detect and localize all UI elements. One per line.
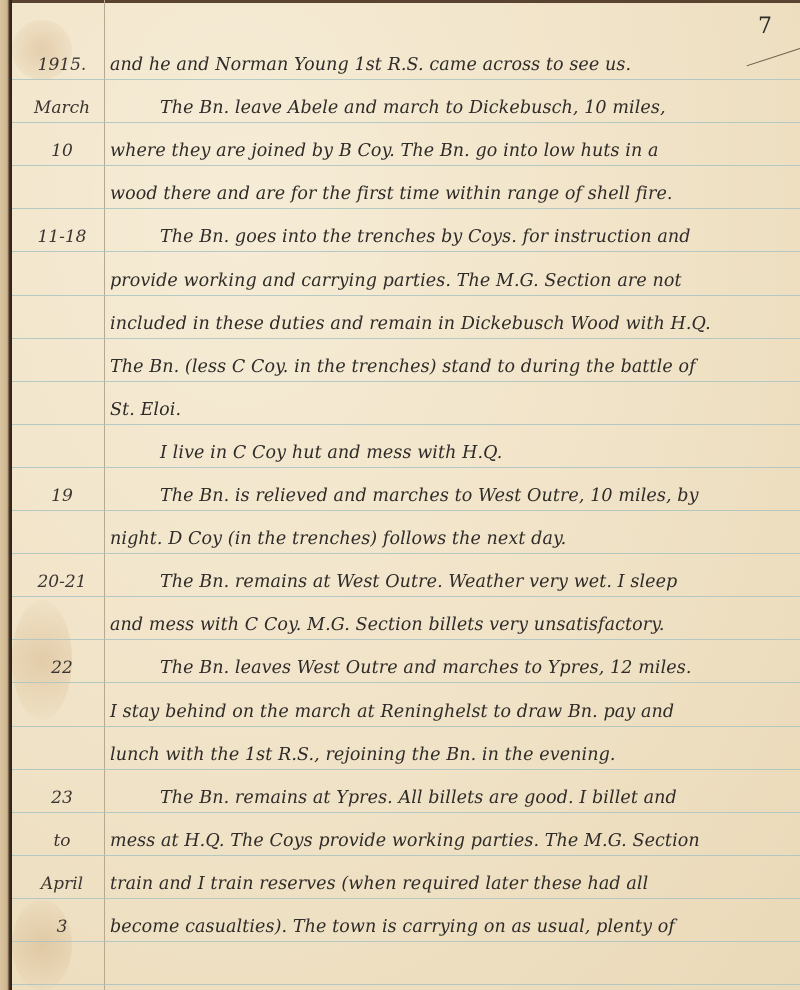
margin-date: 11-18 (22, 227, 102, 247)
diary-line: 22The Bn. leaves West Outre and marches … (0, 639, 800, 682)
entry-text: and mess with C Coy. M.G. Section billet… (110, 615, 786, 635)
diary-line: tomess at H.Q. The Coys provide working … (0, 812, 800, 855)
entry-text: included in these duties and remain in D… (110, 314, 786, 334)
diary-line: I stay behind on the march at Reninghels… (0, 683, 800, 726)
diary-line: I live in C Coy hut and mess with H.Q. (0, 424, 800, 467)
entry-text: lunch with the 1st R.S., rejoining the B… (110, 745, 786, 765)
ruled-line (12, 941, 800, 942)
entry-text: provide working and carrying parties. Th… (110, 271, 786, 291)
diary-line: MarchThe Bn. leave Abele and march to Di… (0, 79, 800, 122)
diary-page: 7 1915.and he and Norman Young 1st R.S. … (0, 0, 800, 990)
entry-text: I live in C Coy hut and mess with H.Q. (160, 443, 786, 463)
margin-date: March (22, 98, 102, 118)
entry-text: train and I train reserves (when require… (110, 874, 786, 894)
diary-line: Apriltrain and I train reserves (when re… (0, 855, 800, 898)
diary-line: 23The Bn. remains at Ypres. All billets … (0, 769, 800, 812)
diary-line: night. D Coy (in the trenches) follows t… (0, 510, 800, 553)
diary-line: lunch with the 1st R.S., rejoining the B… (0, 726, 800, 769)
margin-date: April (22, 874, 102, 894)
margin-date: to (22, 831, 102, 851)
margin-date: 22 (22, 658, 102, 678)
diary-line: included in these duties and remain in D… (0, 295, 800, 338)
margin-date: 20-21 (22, 572, 102, 592)
entry-text: I stay behind on the march at Reninghels… (110, 702, 786, 722)
diary-line: 19The Bn. is relieved and marches to Wes… (0, 467, 800, 510)
diary-line: and mess with C Coy. M.G. Section billet… (0, 596, 800, 639)
margin-date: 3 (22, 917, 102, 937)
entry-text: and he and Norman Young 1st R.S. came ac… (110, 55, 786, 75)
margin-date: 23 (22, 788, 102, 808)
entry-text: St. Eloi. (110, 400, 786, 420)
margin-date: 1915. (22, 55, 102, 75)
diary-line: The Bn. (less C Coy. in the trenches) st… (0, 338, 800, 381)
entry-text: The Bn. remains at West Outre. Weather v… (160, 572, 786, 592)
entry-text: night. D Coy (in the trenches) follows t… (110, 529, 786, 549)
diary-line: provide working and carrying parties. Th… (0, 252, 800, 295)
diary-line: 20-21The Bn. remains at West Outre. Weat… (0, 553, 800, 596)
diary-line: 1915.and he and Norman Young 1st R.S. ca… (0, 36, 800, 79)
diary-line: wood there and are for the first time wi… (0, 165, 800, 208)
entry-text: The Bn. leaves West Outre and marches to… (160, 658, 786, 678)
entry-text: The Bn. remains at Ypres. All billets ar… (160, 788, 786, 808)
entry-text: wood there and are for the first time wi… (110, 184, 786, 204)
entry-text: The Bn. is relieved and marches to West … (160, 486, 786, 506)
margin-date: 19 (22, 486, 102, 506)
entry-text: The Bn. (less C Coy. in the trenches) st… (110, 357, 786, 377)
entry-text: The Bn. goes into the trenches by Coys. … (160, 227, 786, 247)
entry-text: where they are joined by B Coy. The Bn. … (110, 141, 786, 161)
ruled-line (12, 984, 800, 985)
entry-text: mess at H.Q. The Coys provide working pa… (110, 831, 786, 851)
entry-text: The Bn. leave Abele and march to Dickebu… (160, 98, 786, 118)
margin-date: 10 (22, 141, 102, 161)
page-top-edge (0, 0, 800, 3)
diary-line: 3become casualties). The town is carryin… (0, 898, 800, 941)
diary-line: St. Eloi. (0, 381, 800, 424)
diary-line: 11-18The Bn. goes into the trenches by C… (0, 208, 800, 251)
entry-text: become casualties). The town is carrying… (110, 917, 786, 937)
diary-line: 10where they are joined by B Coy. The Bn… (0, 122, 800, 165)
